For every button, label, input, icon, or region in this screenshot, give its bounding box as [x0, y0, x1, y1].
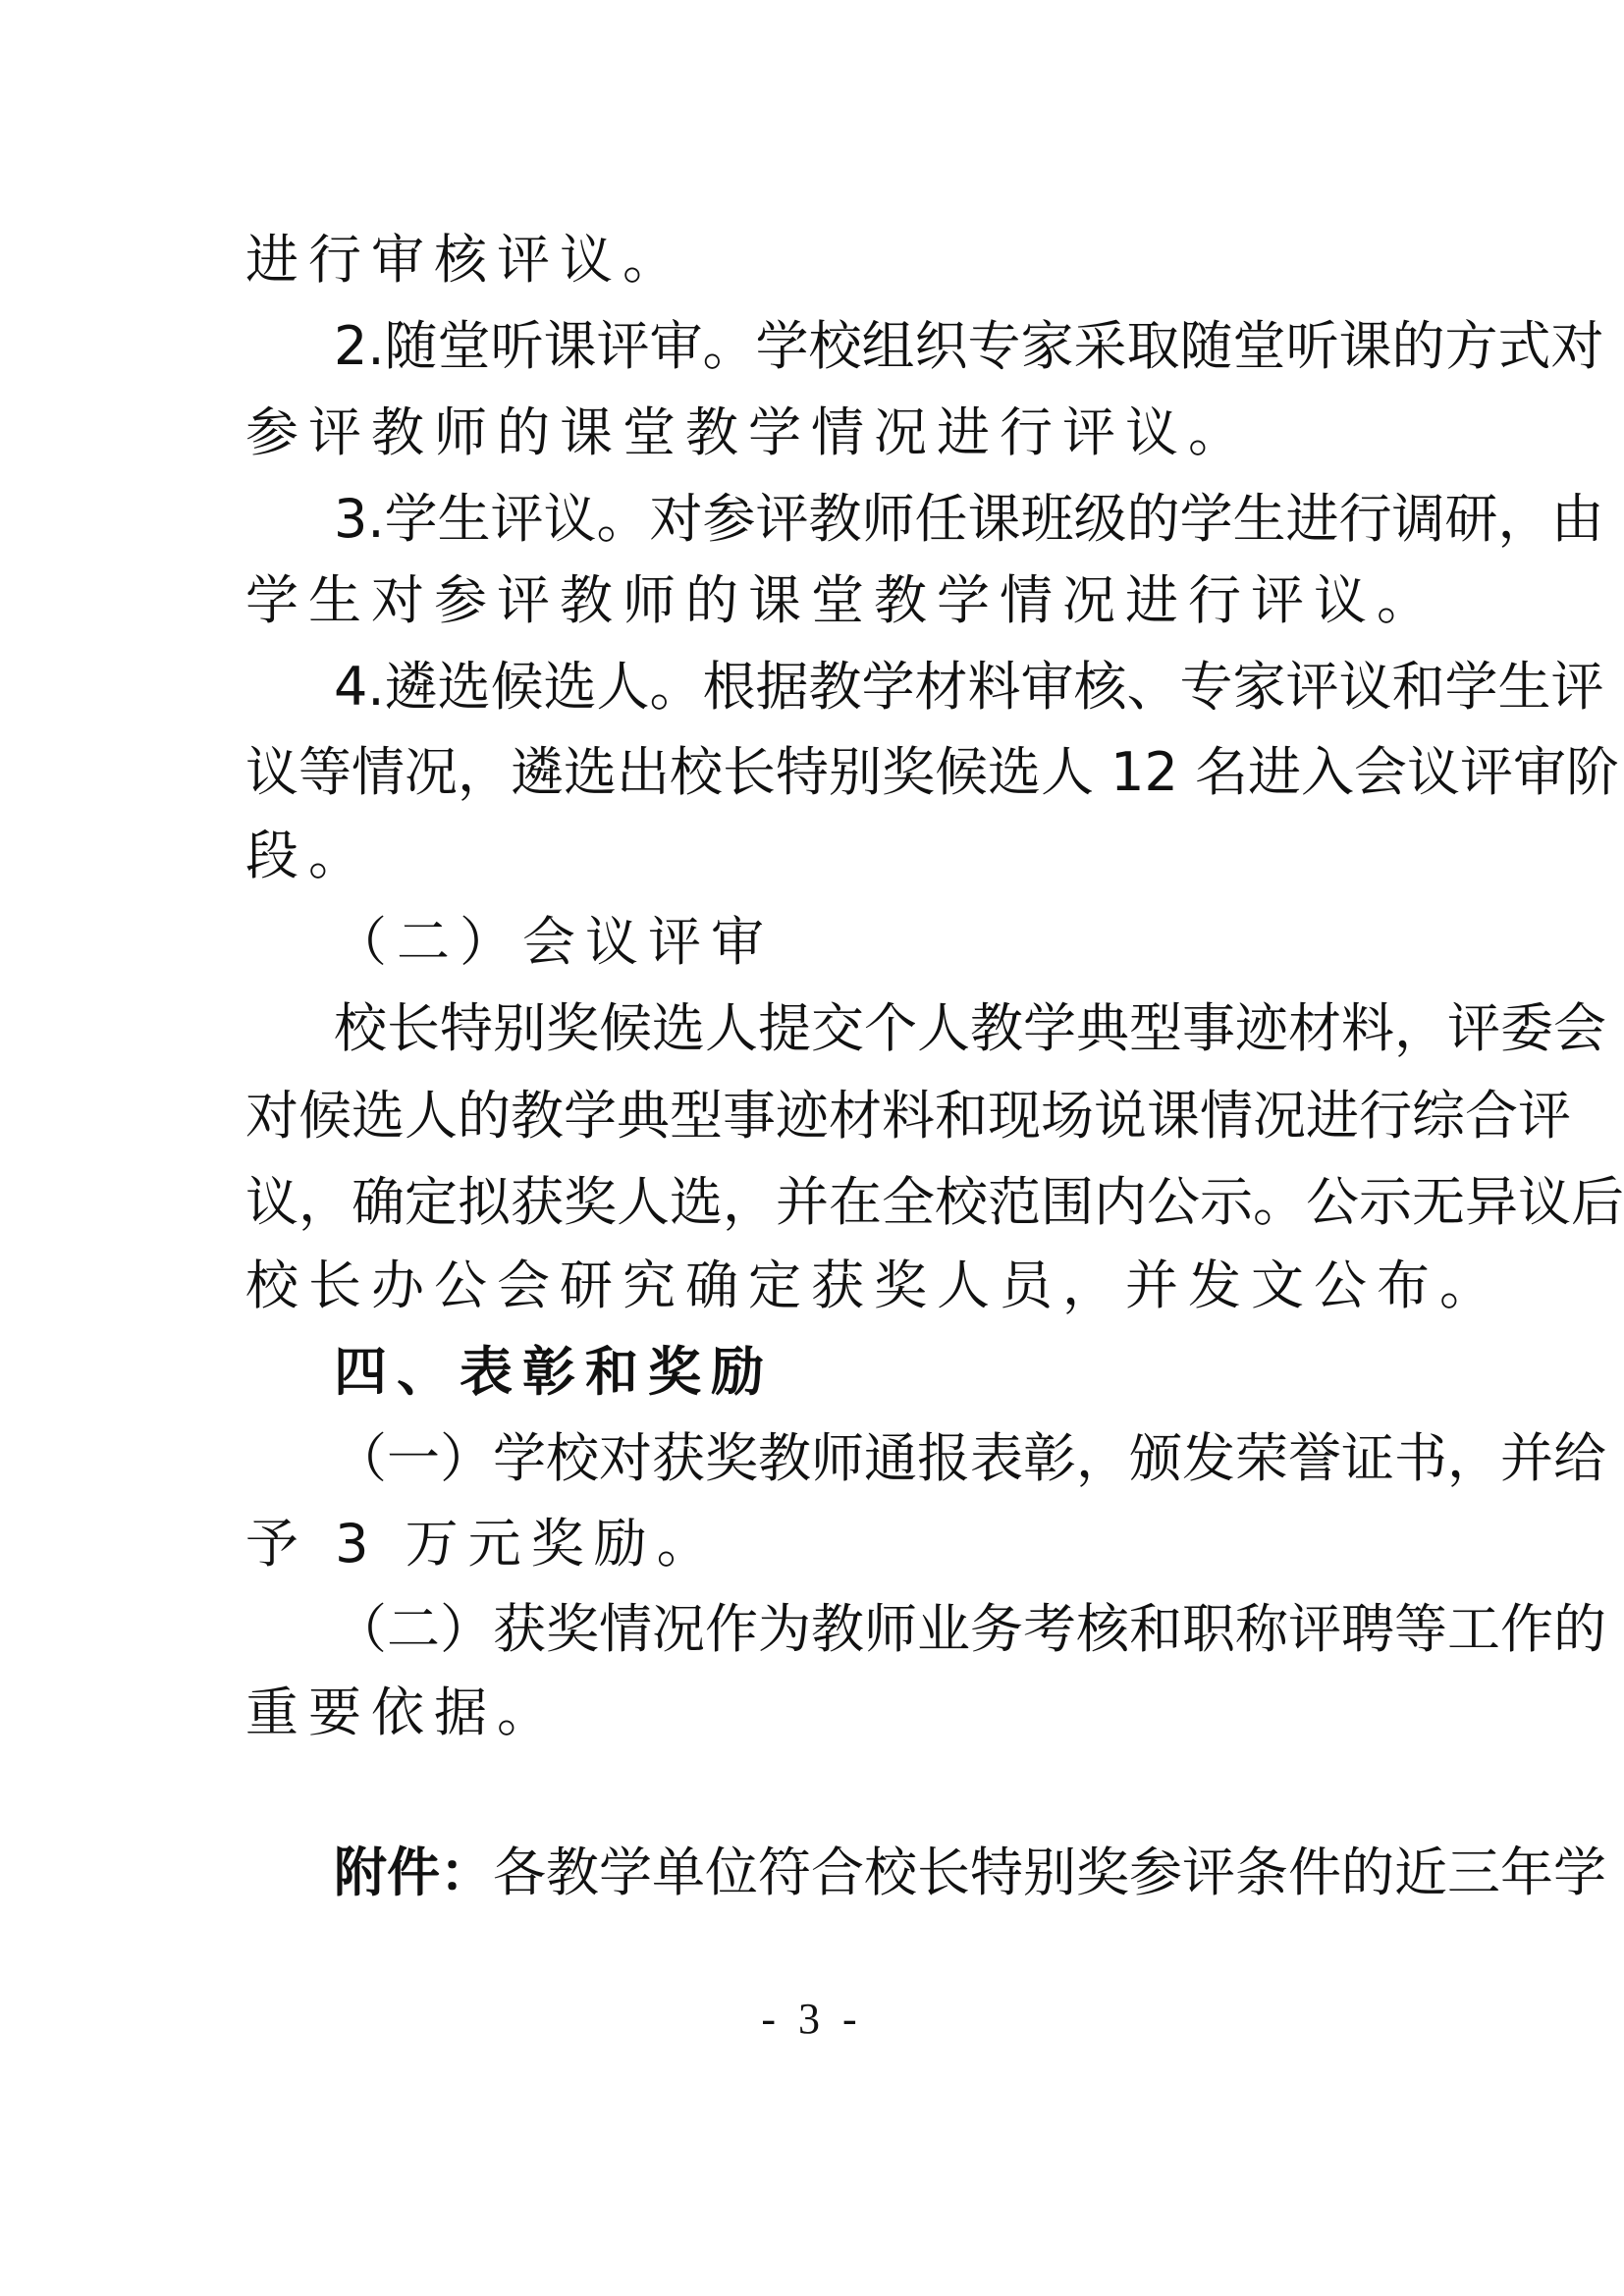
list-item-4-line: 4.遴选候选人。根据教学材料审核、专家评议和学生评	[334, 656, 1382, 719]
reward-item-2-line: （二）获奖情况作为教师业务考核和职称评聘等工作的	[334, 1598, 1382, 1661]
reward-item-1-line: 予 3 万元奖励。	[245, 1513, 1382, 1575]
list-item-3-line: 学生对参评教师的课堂教学情况进行评议。	[245, 569, 1382, 632]
reward-item-1-line: （一）学校对获奖教师通报表彰，颁发荣誉证书，并给	[334, 1427, 1382, 1490]
list-item-4-line: 议等情况，遴选出校长特别奖候选人 12 名进入会议评审阶	[245, 741, 1382, 804]
subsection-heading: （二）会议评审	[334, 911, 1382, 974]
paragraph-line: 进行审核评议。	[245, 229, 1382, 292]
attachment-label: 附件：	[334, 1842, 493, 1903]
list-item-4-line: 段。	[245, 825, 1382, 887]
paragraph-line: 对候选人的教学典型事迹材料和现场说课情况进行综合评	[245, 1085, 1382, 1148]
section-heading: 四、表彰和奖励	[334, 1341, 1382, 1404]
attachment-line: 附件：各教学单位符合校长特别奖参评条件的近三年学	[334, 1842, 1382, 1904]
document-page: 进行审核评议。 2.随堂听课评审。学校组织专家采取随堂听课的方式对 参评教师的课…	[0, 0, 1624, 2296]
attachment-text: 各教学单位符合校长特别奖参评条件的近三年学	[493, 1842, 1606, 1903]
list-item-3-line: 3.学生评议。对参评教师任课班级的学生进行调研，由	[334, 488, 1382, 551]
page-number: - 3 -	[714, 1993, 910, 2046]
paragraph-line: 议，确定拟获奖人选，并在全校范围内公示。公示无异议后，	[245, 1171, 1382, 1234]
paragraph-line: 校长特别奖候选人提交个人教学典型事迹材料，评委会	[334, 997, 1382, 1060]
paragraph-line: 校长办公会研究确定获奖人员，并发文公布。	[245, 1255, 1382, 1317]
reward-item-2-line: 重要依据。	[245, 1682, 1382, 1744]
list-item-2-line: 参评教师的课堂教学情况进行评议。	[245, 401, 1382, 464]
list-item-2-line: 2.随堂听课评审。学校组织专家采取随堂听课的方式对	[334, 315, 1382, 378]
